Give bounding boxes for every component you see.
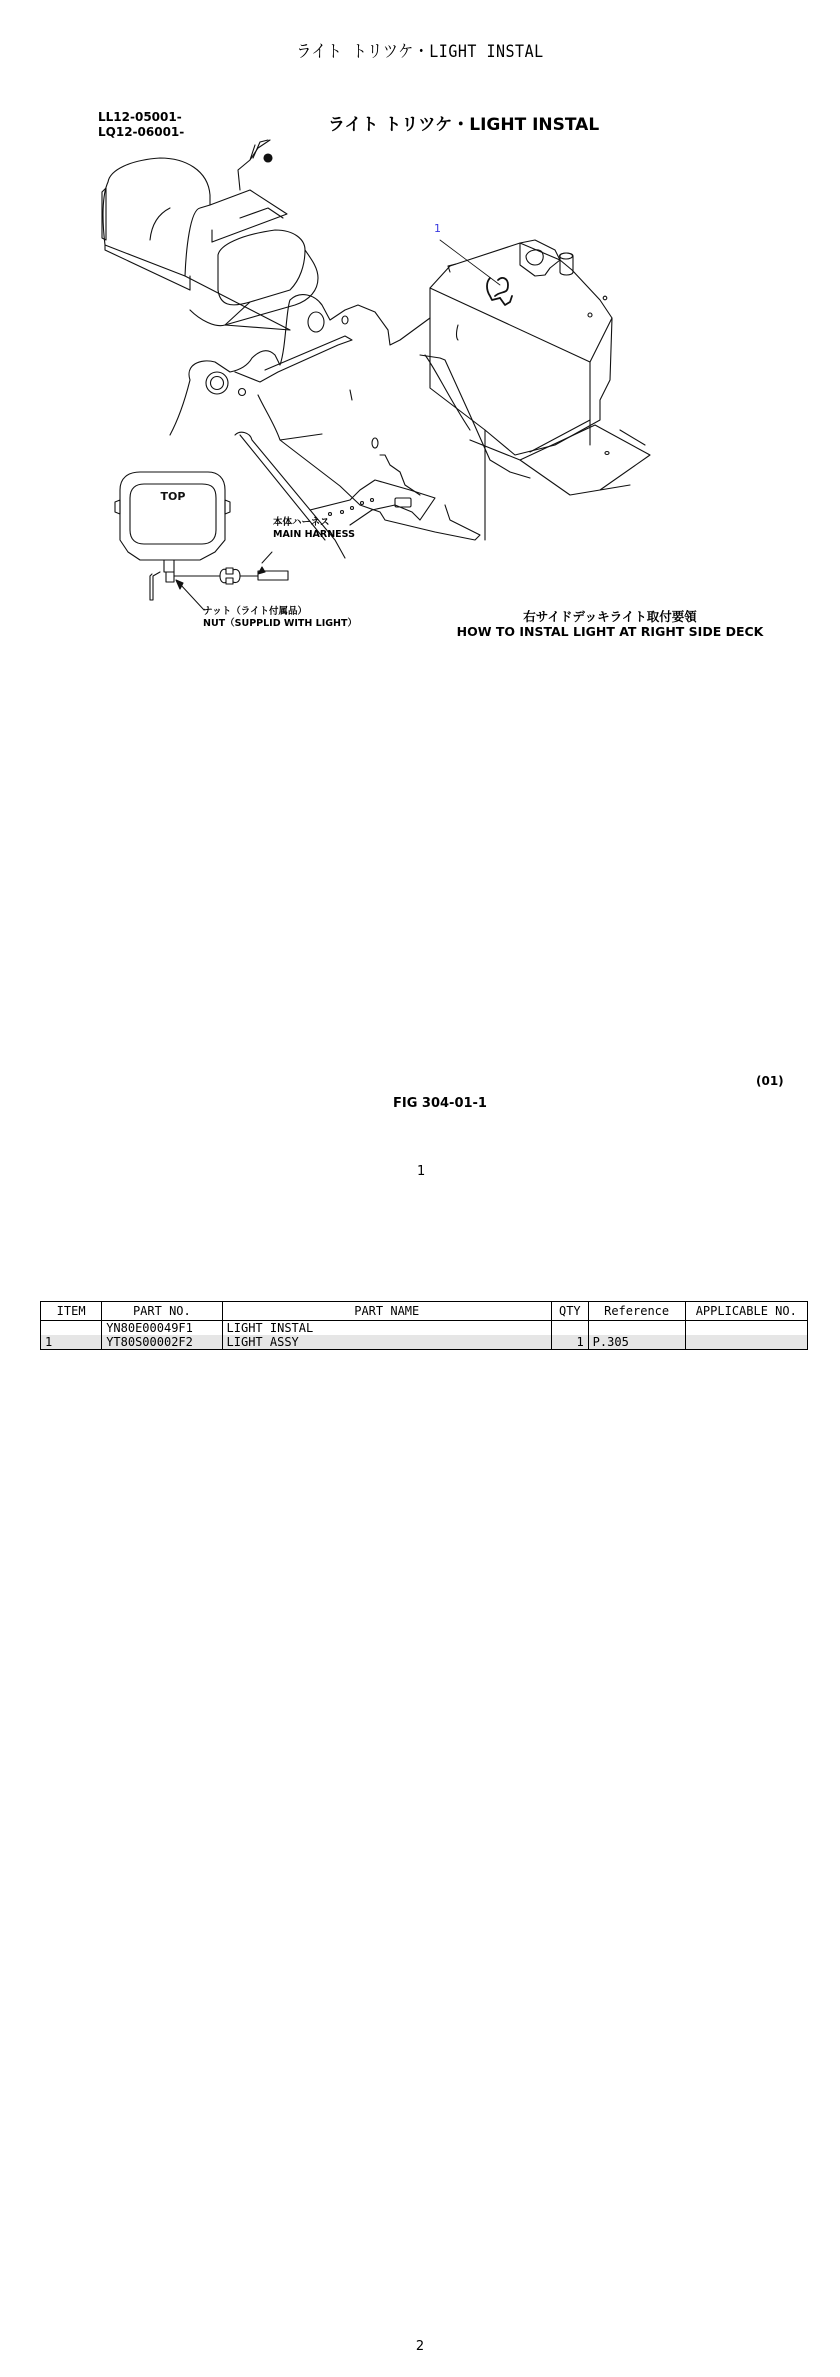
parts-table-header: ITEM PART NO. PART NAME QTY Reference AP… bbox=[41, 1302, 808, 1321]
light-top-label: TOP bbox=[161, 490, 186, 503]
serial-range-2: LQ12-06001- bbox=[98, 125, 184, 140]
callout-1: 1 bbox=[434, 222, 441, 235]
col-header-item: ITEM bbox=[41, 1302, 102, 1321]
cell-reference bbox=[588, 1321, 685, 1336]
overview-machine-drawing bbox=[102, 140, 318, 330]
figure-caption-en: HOW TO INSTAL LIGHT AT RIGHT SIDE DECK bbox=[410, 624, 810, 639]
col-header-qty: QTY bbox=[551, 1302, 588, 1321]
table-row: 1 YT80S00002F2 LIGHT ASSY 1 P.305 bbox=[41, 1335, 808, 1350]
deck-illustration bbox=[170, 240, 650, 558]
col-header-applicable-no: APPLICABLE NO. bbox=[685, 1302, 807, 1321]
page-header: ライト トリツケ・LIGHT INSTAL bbox=[0, 38, 840, 62]
main-harness-label-en: MAIN HARNESS bbox=[273, 529, 355, 541]
figure-title: ライト トリツケ・LIGHT INSTAL bbox=[328, 110, 599, 135]
col-header-reference: Reference bbox=[588, 1302, 685, 1321]
parts-figure: 1 TOP LL12-05001- LQ12-06001- ライト トリツケ・L… bbox=[90, 100, 820, 660]
main-harness-label-jp: 本体ハーネス bbox=[273, 517, 355, 529]
col-header-part-no: PART NO. bbox=[102, 1302, 222, 1321]
sheet-number: 1 bbox=[417, 1164, 425, 1179]
main-harness-label: 本体ハーネス MAIN HARNESS bbox=[273, 517, 355, 541]
cell-part-no: YN80E00049F1 bbox=[102, 1321, 222, 1336]
serial-range-1: LL12-05001- bbox=[98, 110, 184, 125]
nut-label-jp: ナット（ライト付属品） bbox=[203, 606, 357, 618]
nut-label-en: NUT（SUPPLID WITH LIGHT） bbox=[203, 618, 357, 630]
machine-illustration: 1 TOP bbox=[90, 100, 820, 660]
cell-reference-link[interactable]: P.305 bbox=[588, 1335, 685, 1350]
cell-part-name: LIGHT INSTAL bbox=[222, 1321, 551, 1336]
cell-part-name: LIGHT ASSY bbox=[222, 1335, 551, 1350]
figure-caption: 右サイドデッキライト取付要領 HOW TO INSTAL LIGHT AT RI… bbox=[410, 609, 810, 639]
cell-item: 1 bbox=[41, 1335, 102, 1350]
revision-mark: (01) bbox=[756, 1074, 784, 1088]
figure-caption-jp: 右サイドデッキライト取付要領 bbox=[410, 609, 810, 624]
col-header-part-name: PART NAME bbox=[222, 1302, 551, 1321]
figure-number: FIG 304-01-1 bbox=[393, 1096, 487, 1111]
cell-applicable-no bbox=[685, 1321, 807, 1336]
light-detail-drawing bbox=[115, 472, 288, 610]
cell-qty: 1 bbox=[551, 1335, 588, 1350]
cell-part-no: YT80S00002F2 bbox=[102, 1335, 222, 1350]
cell-applicable-no bbox=[685, 1335, 807, 1350]
page-number: 2 bbox=[0, 2339, 840, 2354]
nut-label: ナット（ライト付属品） NUT（SUPPLID WITH LIGHT） bbox=[203, 606, 357, 630]
table-row: YN80E00049F1 LIGHT INSTAL bbox=[41, 1321, 808, 1336]
parts-table: ITEM PART NO. PART NAME QTY Reference AP… bbox=[40, 1301, 808, 1350]
cell-item bbox=[41, 1321, 102, 1336]
cell-qty bbox=[551, 1321, 588, 1336]
serial-range: LL12-05001- LQ12-06001- bbox=[98, 110, 184, 140]
